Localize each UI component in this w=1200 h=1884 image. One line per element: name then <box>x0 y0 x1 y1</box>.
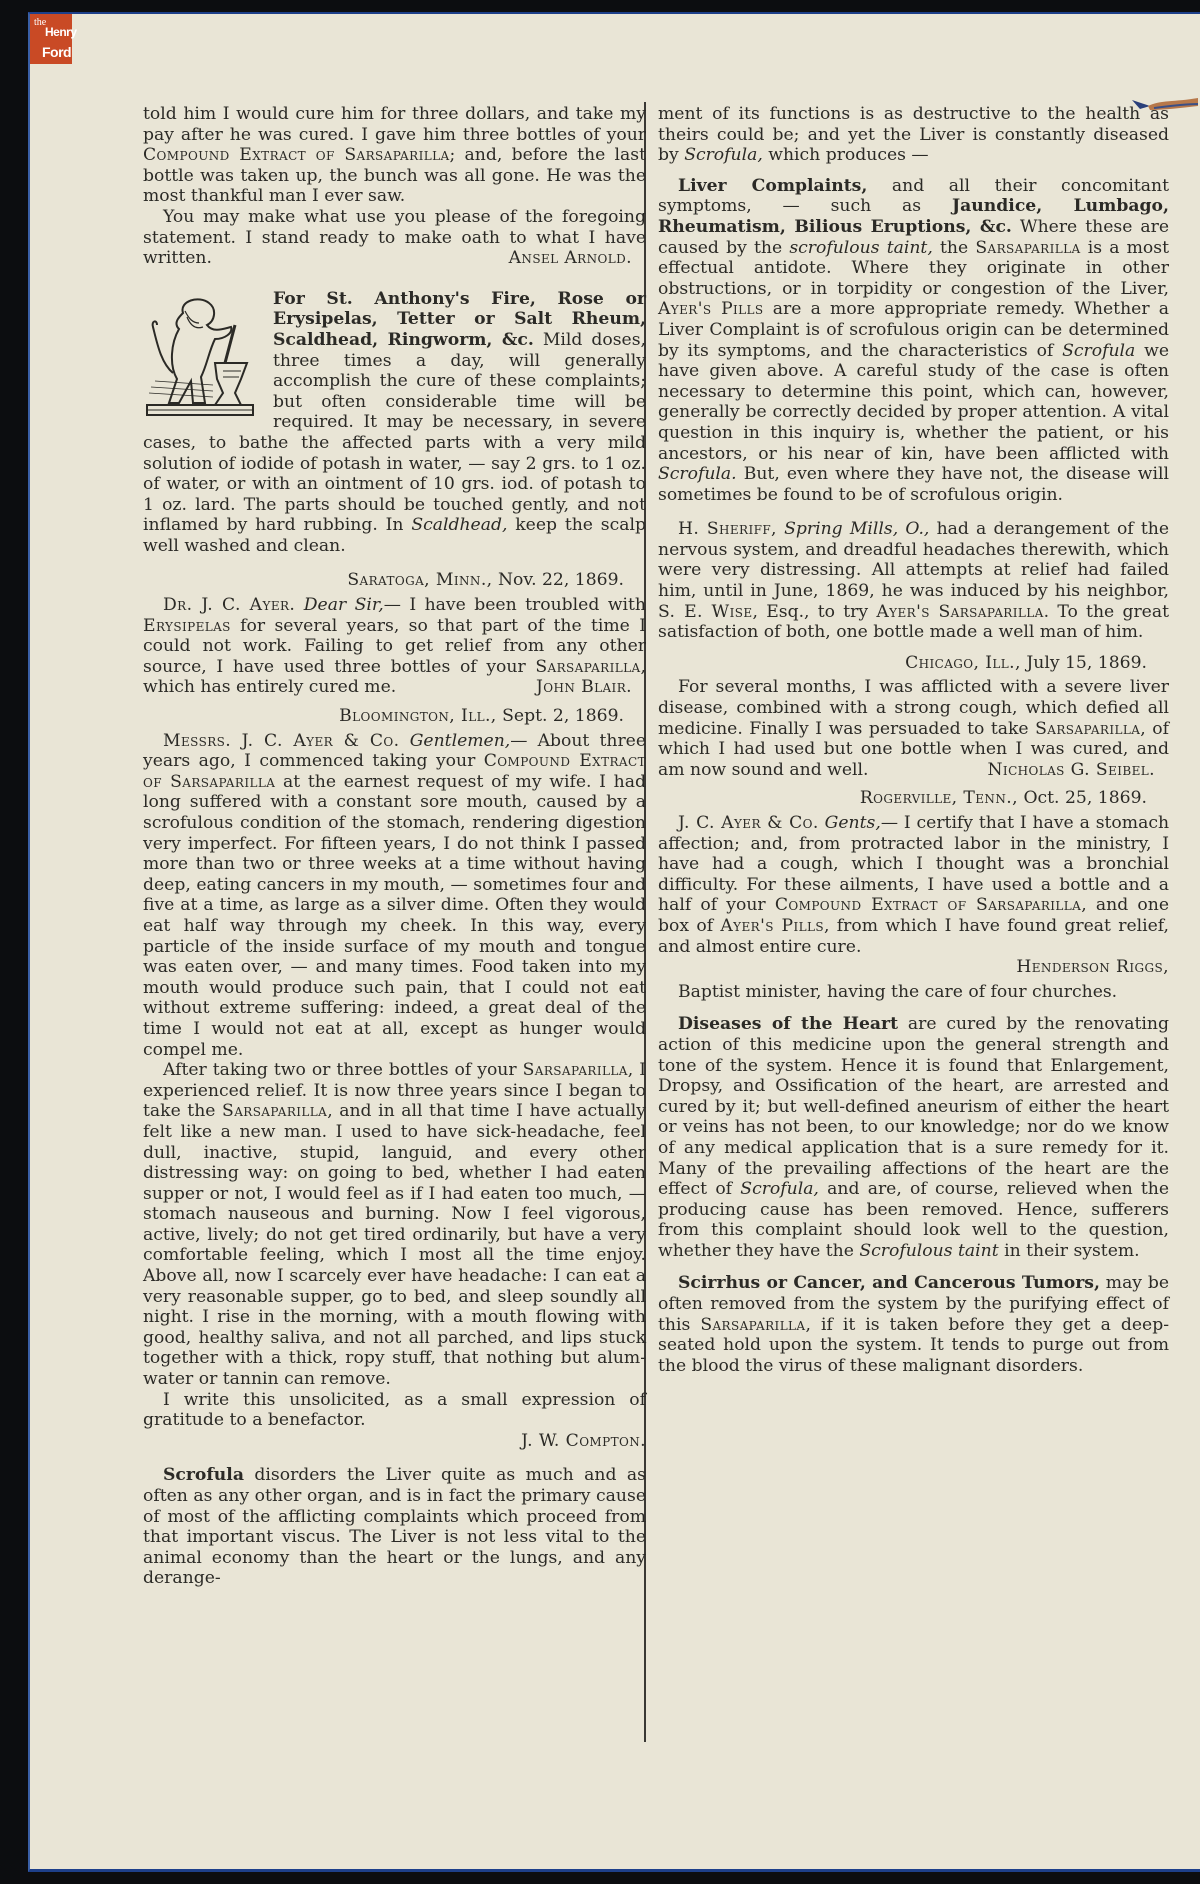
letter-compton-para2: After taking two or three bottles of you… <box>143 1060 646 1390</box>
signature-john-blair: John Blair. <box>516 677 632 698</box>
liver-complaints-heading: Liver Complaints, <box>678 176 867 196</box>
letter-seibel: For several months, I was afflicted with… <box>658 677 1169 780</box>
scrofula-heading: Scrofula <box>163 1465 244 1485</box>
scanned-page: the Henry Ford told him I would cure him… <box>28 12 1200 1872</box>
cancer-paragraph: Scirrhus or Cancer, and Cancerous Tumors… <box>658 1273 1169 1376</box>
letter-compton-para1: Messrs. J. C. Ayer & Co. Gentlemen,— Abo… <box>143 731 646 1061</box>
dateline-bloomington: Bloomington, Ill., Sept. 2, 1869. <box>143 706 646 727</box>
dateline-chicago: Chicago, Ill., July 15, 1869. <box>658 653 1169 674</box>
henry-ford-logo: the Henry Ford <box>30 14 72 64</box>
right-column: ment of its functions is as destructive … <box>650 104 1169 1376</box>
heart-heading: Diseases of the Heart <box>678 1014 898 1034</box>
letter-compton-para3: I write this unsolicited, as a small exp… <box>143 1390 646 1431</box>
dateline-saratoga: Saratoga, Minn., Nov. 22, 1869. <box>143 570 646 591</box>
cancer-heading: Scirrhus or Cancer, and Cancerous Tumors… <box>678 1273 1100 1293</box>
letter-john-blair: Dr. J. C. Ayer. Dear Sir,— I have been t… <box>143 595 646 698</box>
signature-ansel-arnold: Ansel Arnold. <box>489 248 632 269</box>
lion-mortar-woodcut-icon <box>143 293 261 421</box>
letter-riggs: J. C. Ayer & Co. Gents,— I certify that … <box>658 813 1169 957</box>
signature-compton: J. W. Compton. <box>143 1431 646 1452</box>
oath-paragraph: You may make what use you please of the … <box>143 207 646 269</box>
dateline-rogerville: Rogerville, Tenn., Oct. 25, 1869. <box>658 788 1169 809</box>
riggs-postscript: Baptist minister, having the care of fou… <box>658 982 1169 1003</box>
st-anthony-section: For St. Anthony's Fire, Rose or Erysipel… <box>143 289 646 557</box>
left-column: told him I would cure him for three doll… <box>143 104 646 1589</box>
scrofula-paragraph: Scrofula disorders the Liver quite as mu… <box>143 1465 646 1589</box>
signature-seibel: Nicholas G. Seibel. <box>967 760 1155 781</box>
liver-complaints-paragraph: Liver Complaints, and all their concomit… <box>658 176 1169 506</box>
liver-continuation: ment of its functions is as destructive … <box>658 104 1169 166</box>
heart-paragraph: Diseases of the Heart are cured by the r… <box>658 1014 1169 1261</box>
continued-testimonial: told him I would cure him for three doll… <box>143 104 646 207</box>
signature-riggs: Henderson Riggs, <box>658 957 1169 978</box>
sheriff-testimonial: H. Sheriff, Spring Mills, O., had a dera… <box>658 519 1169 643</box>
